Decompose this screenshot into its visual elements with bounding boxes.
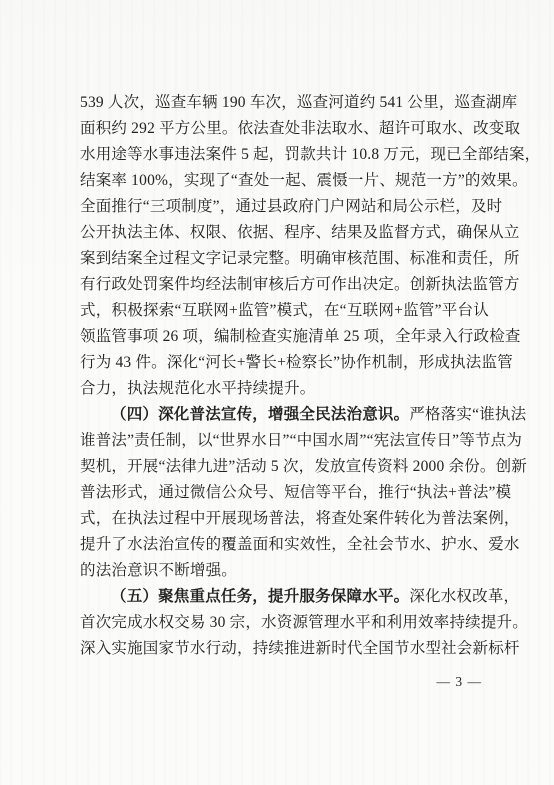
body-text: 深化水权改革， (409, 588, 519, 605)
text-line: 谁普法”责任制，以“世界水日”“中国水周”“宪法宣传日”等节点为 (80, 428, 489, 454)
body-text: 首次完成水权交易 30 宗，水资源管理水平和利用效率持续提升。 (80, 614, 528, 631)
section-heading-text: （五）聚焦重点任务，提升服务保障水平。 (111, 588, 409, 605)
body-text: 提升了水法治宣传的覆盖面和实效性，全社会节水、护水、爱水 (80, 536, 520, 553)
text-line: 首次完成水权交易 30 宗，水资源管理水平和利用效率持续提升。 (80, 610, 489, 636)
text-line: 深入实施国家节水行动，持续推进新时代全国节水型社会新标杆 (80, 636, 489, 662)
text-line: 合力，执法规范化水平持续提升。 (80, 376, 489, 402)
text-line: 式，积极探索“互联网+监管”模式，在“互联网+监管”平台认 (80, 298, 489, 324)
document-body: 539 人次，巡查车辆 190 车次，巡查河道约 541 公里，巡查湖库面积约 … (80, 90, 489, 662)
text-line: 面积约 292 平方公里。依法查处非法取水、超许可取水、改变取 (80, 116, 489, 142)
body-text: 式，在执法过程中开展现场普法，将查处案件转化为普法案例， (80, 510, 520, 527)
body-text: 全面推行“三项制度”，通过县政府门户网站和局公示栏，及时 (80, 198, 502, 215)
body-text: 的法治意识不断增强。 (80, 562, 237, 579)
text-line: 有行政处罚案件均经法制审核后方可作出决定。创新执法监管方 (80, 272, 489, 298)
text-line: 全面推行“三项制度”，通过县政府门户网站和局公示栏，及时 (80, 194, 489, 220)
text-line: 公开执法主体、权限、依据、程序、结果及监督方式，确保从立 (80, 220, 489, 246)
text-line: 539 人次，巡查车辆 190 车次，巡查河道约 541 公里，巡查湖库 (80, 90, 489, 116)
text-line: 式，在执法过程中开展现场普法，将查处案件转化为普法案例， (80, 506, 489, 532)
body-text: 面积约 292 平方公里。依法查处非法取水、超许可取水、改变取 (80, 120, 520, 137)
body-text: 合力，执法规范化水平持续提升。 (80, 380, 316, 397)
document-page: 539 人次，巡查车辆 190 车次，巡查河道约 541 公里，巡查湖库面积约 … (0, 0, 554, 785)
body-text: 行为 43 件。深化“河长+警长+检察长”协作机制，形成执法监管 (80, 354, 513, 371)
body-text: 谁普法”责任制，以“世界水日”“中国水周”“宪法宣传日”等节点为 (80, 432, 522, 449)
body-text: 式，积极探索“互联网+监管”模式，在“互联网+监管”平台认 (80, 302, 489, 319)
body-text: 案到结案全过程文字记录完整。明确审核范围、标准和责任，所 (80, 250, 520, 267)
text-line: 普法形式，通过微信公众号、短信等平台，推行“执法+普法”模 (80, 480, 489, 506)
page-number: — 3 — (437, 674, 483, 690)
body-text: 公开执法主体、权限、依据、程序、结果及监督方式，确保从立 (80, 224, 520, 241)
text-line: 提升了水法治宣传的覆盖面和实效性，全社会节水、护水、爱水 (80, 532, 489, 558)
text-line: 案到结案全过程文字记录完整。明确审核范围、标准和责任，所 (80, 246, 489, 272)
body-text: 水用途等水事违法案件 5 起，罚款共计 10.8 万元，现已全部结案， (80, 146, 540, 163)
text-line: 的法治意识不断增强。 (80, 558, 489, 584)
text-line: 契机，开展“法律九进”活动 5 次，发放宣传资料 2000 余份。创新 (80, 454, 489, 480)
body-text: 539 人次，巡查车辆 190 车次，巡查河道约 541 公里，巡查湖库 (80, 94, 517, 111)
body-text: 领监管事项 26 项，编制检查实施清单 25 项，全年录入行政检查 (80, 328, 521, 345)
text-line: （五）聚焦重点任务，提升服务保障水平。深化水权改革， (80, 584, 489, 610)
text-line: 水用途等水事违法案件 5 起，罚款共计 10.8 万元，现已全部结案， (80, 142, 489, 168)
body-text: 有行政处罚案件均经法制审核后方可作出决定。创新执法监管方 (80, 276, 520, 293)
body-text: 契机，开展“法律九进”活动 5 次，发放宣传资料 2000 余份。创新 (80, 458, 527, 475)
text-line: 领监管事项 26 项，编制检查实施清单 25 项，全年录入行政检查 (80, 324, 489, 350)
text-line: 行为 43 件。深化“河长+警长+检察长”协作机制，形成执法监管 (80, 350, 489, 376)
text-line: 结案率 100%，实现了“查处一起、震慑一片、规范一方”的效果。 (80, 168, 489, 194)
body-text: 深入实施国家节水行动，持续推进新时代全国节水型社会新标杆 (80, 640, 520, 657)
text-line: （四）深化普法宣传，增强全民法治意识。严格落实“谁执法 (80, 402, 489, 428)
body-text: 结案率 100%，实现了“查处一起、震慑一片、规范一方”的效果。 (80, 172, 528, 189)
body-text: 普法形式，通过微信公众号、短信等平台，推行“执法+普法”模 (80, 484, 511, 501)
section-heading-text: （四）深化普法宣传，增强全民法治意识。 (111, 406, 409, 423)
body-text: 严格落实“谁执法 (409, 406, 526, 423)
